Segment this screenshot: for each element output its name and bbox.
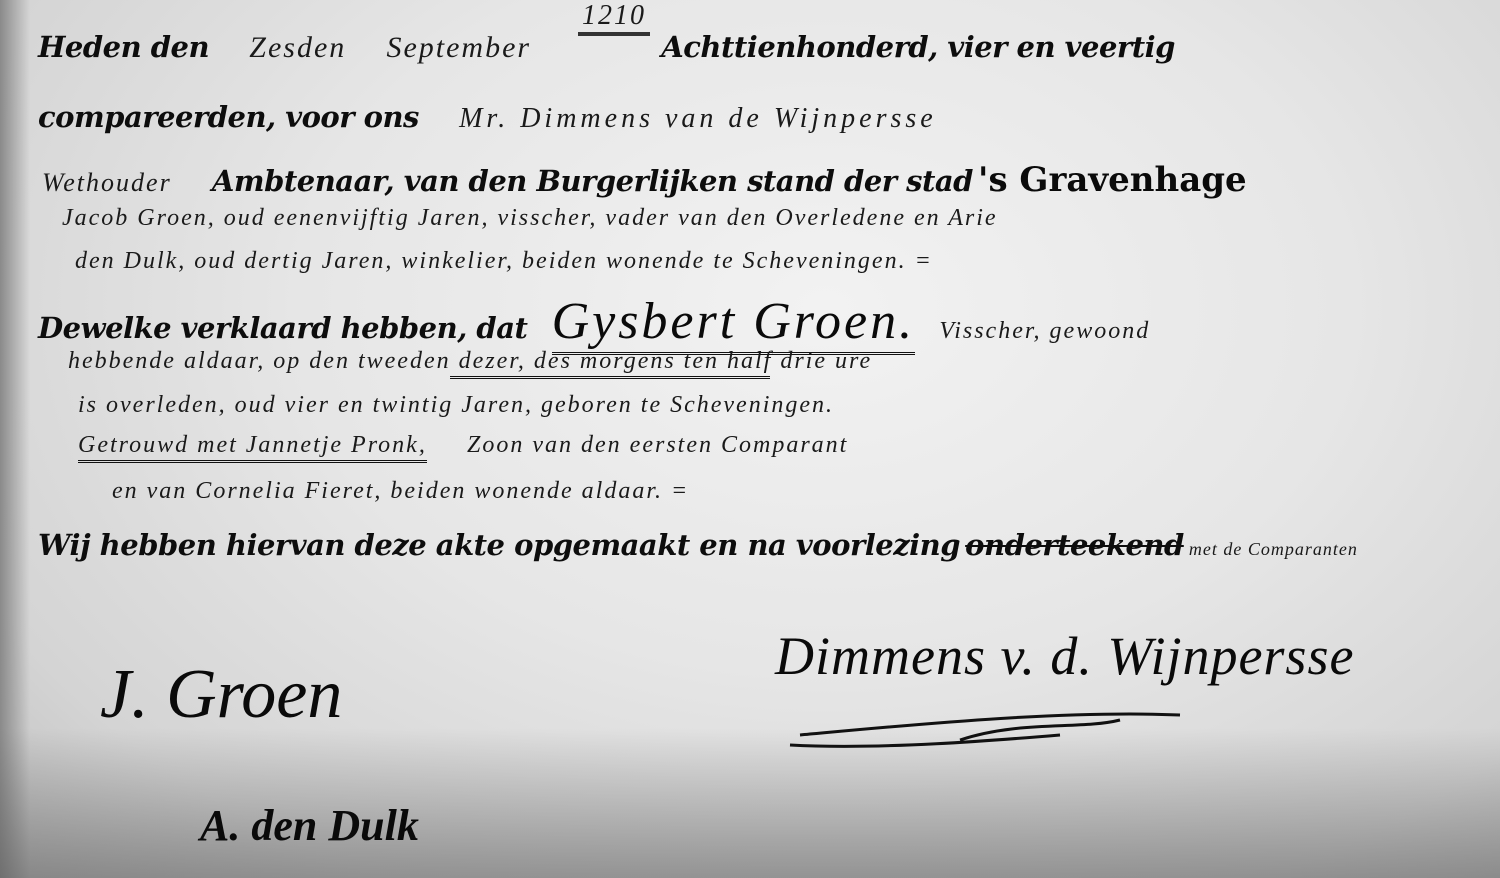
signature-flourish-icon [760, 680, 1300, 760]
deceased-name: Gysbert Groen. [552, 293, 916, 355]
line-10-mother: en van Cornelia Fieret, beiden wonende a… [112, 478, 689, 505]
line-7-death-time: hebbende aldaar, op den tweeden dezer, d… [68, 348, 872, 375]
closing-hand-entry: met de Comparanten [1189, 539, 1358, 559]
line-8-age-birth: is overleden, oud vier en twintig Jaren,… [78, 392, 834, 419]
spouse-entry: Getrouwd met Jannetje Pronk, [78, 432, 427, 463]
signature-j-groen: J. Groen [100, 655, 342, 735]
signature-official: Dimmens v. d. Wijnpersse [775, 625, 1354, 687]
year-text: Achttienhonderd, vier en veertig [661, 30, 1175, 64]
closing-text: Wij hebben hiervan deze akte opgemaakt e… [38, 528, 960, 562]
line-5-informants: den Dulk, oud dertig Jaren, winkelier, b… [75, 248, 933, 275]
ambtenaar-text: Ambtenaar, van den Burgerlijken stand de… [212, 164, 973, 198]
heden-den-text: Heden den [38, 30, 209, 64]
occupation-entry: Visscher, gewoond [939, 318, 1150, 344]
date-underline [450, 376, 770, 379]
line-9: Getrouwd met Jannetje Pronk, Zoon van de… [78, 432, 848, 459]
signature-den-dulk: A. den Dulk [200, 800, 419, 851]
line-11: Wij hebben hiervan deze akte opgemaakt e… [38, 528, 1358, 562]
compareerden-text: compareerden, voor ons [38, 100, 419, 134]
dewelke-text: Dewelke verklaard hebben, dat [38, 311, 527, 345]
title-entry: Wethouder [42, 168, 172, 197]
onderteekend-text: onderteekend [965, 528, 1184, 562]
official-name-entry: Mr. Dimmens van de Wijnpersse [459, 103, 937, 134]
day-entry: Zesden [249, 31, 346, 64]
city-name: 's Gravenhage [978, 160, 1247, 200]
month-entry: September [386, 31, 531, 64]
line-3: Wethouder Ambtenaar, van den Burgerlijke… [42, 160, 1247, 200]
line-2: compareerden, voor ons Mr. Dimmens van d… [38, 100, 937, 135]
son-of-entry: Zoon van den eersten Comparant [467, 432, 848, 458]
line-6: Dewelke verklaard hebben, dat Gysbert Gr… [38, 292, 1150, 351]
line-1: Heden den Zesden September Achttienhonde… [38, 30, 1175, 65]
death-record-page: 1210 Heden den Zesden September Achttien… [0, 0, 1500, 878]
line-4-informants: Jacob Groen, oud eenenvijftig Jaren, vis… [62, 205, 998, 232]
